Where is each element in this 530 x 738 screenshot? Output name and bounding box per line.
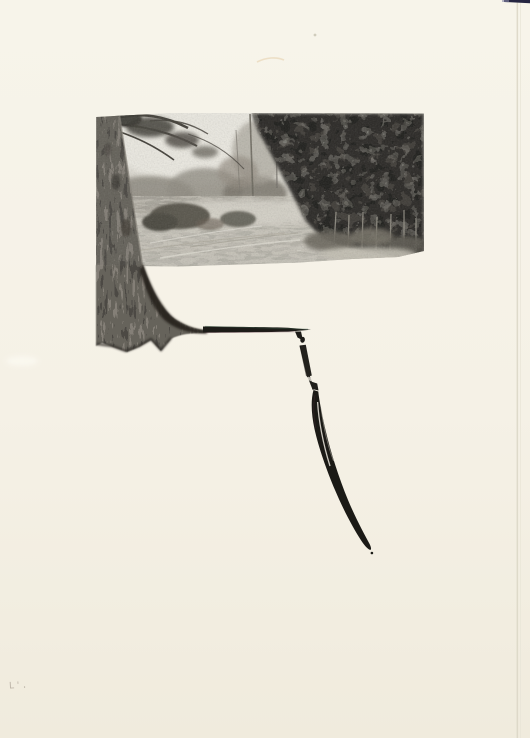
scanned-artwork-page: L'. [0,0,530,738]
landscape-photograph [94,100,428,269]
photo-grain [94,111,426,269]
paper-edge-line [517,0,519,738]
paper-edge-line-faint [520,0,521,738]
pine-tree-trunk [96,264,207,352]
paper-scuff [6,356,38,366]
corner-scan-mark-fade [502,0,509,2]
ground-line [203,326,311,340]
paper-speck [314,34,317,37]
umbrella-tip-dot [371,552,374,555]
furled-canopy [312,390,371,550]
faint-smudge [257,58,284,62]
collage-artwork [0,0,530,738]
canopy-collar [311,382,319,391]
scan-artifacts [6,0,530,738]
hanging-umbrella [300,336,374,554]
pencil-mark: L'. [9,681,29,692]
